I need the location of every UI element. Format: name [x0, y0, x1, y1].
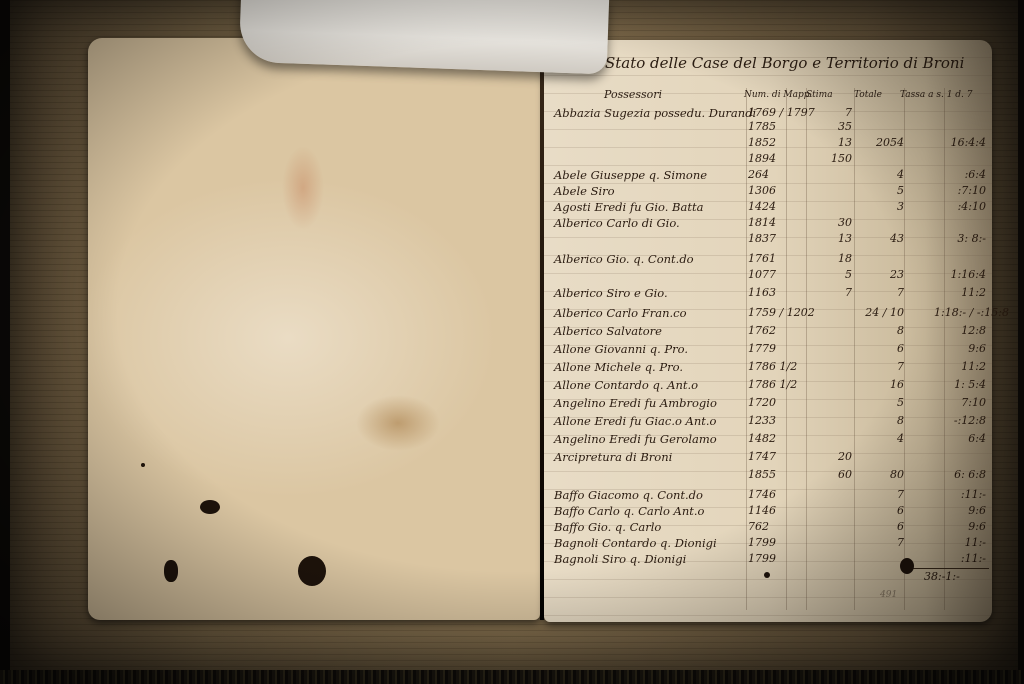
ledger-row: Allone Contardo q. Ant.o1786 1/2161: 5:4 — [544, 378, 992, 396]
ledger-page: 1794 Stato delle Case del Borgo e Territ… — [544, 40, 992, 622]
map-number: 1482 — [748, 432, 776, 445]
header-map-number: Num. di Mapp. — [744, 90, 812, 100]
map-number: 1746 — [748, 488, 776, 501]
ink-blot — [141, 463, 145, 467]
tax-value: :7:10 — [934, 184, 986, 197]
tax-value: :11:- — [934, 488, 986, 501]
owner-name: Alberico Gio. q. Cont.do — [554, 252, 694, 266]
total-value: 7 — [854, 488, 904, 501]
map-number: 1146 — [748, 504, 776, 517]
total-value: 6 — [854, 342, 904, 355]
estimate-value: 13 — [824, 232, 852, 245]
tax-value: 1:18:- / -:15:8 — [934, 306, 986, 319]
ledger-row: 185560806: 6:8 — [544, 468, 992, 486]
total-value: 80 — [854, 468, 904, 481]
ledger-row: Angelino Eredi fu Gerolamo148246:4 — [544, 432, 992, 450]
sum-rule — [904, 568, 989, 569]
owner-name: Angelino Eredi fu Gerolamo — [554, 432, 717, 446]
photo-scene: 1794 Stato delle Case del Borgo e Territ… — [0, 0, 1024, 684]
ledger-row: Arcipretura di Broni174720 — [544, 450, 992, 468]
owner-name: Alberico Carlo Fran.co — [554, 306, 687, 320]
estimate-value: 60 — [824, 468, 852, 481]
tax-value: 16:4:4 — [934, 136, 986, 149]
ink-blot — [200, 500, 220, 514]
tax-value: :4:10 — [934, 200, 986, 213]
tax-value: 9:6 — [934, 342, 986, 355]
total-value: 16 — [854, 378, 904, 391]
map-number: 1163 — [748, 286, 776, 299]
map-number: 1785 — [748, 120, 776, 133]
owner-name: Alberico Salvatore — [554, 324, 662, 338]
map-number: 762 — [748, 520, 769, 533]
map-number: 1799 — [748, 536, 776, 549]
tax-value: 1:16:4 — [934, 268, 986, 281]
map-number: 1814 — [748, 216, 776, 229]
map-number: 1769 / 1797 — [748, 106, 815, 119]
estimate-value: 150 — [824, 152, 852, 165]
ledger-row: 183713433: 8:- — [544, 232, 992, 250]
owner-name: Agosti Eredi fu Gio. Batta — [554, 200, 703, 214]
tax-value: 11:2 — [934, 286, 986, 299]
tax-value: :11:- — [934, 552, 986, 565]
ink-blot — [164, 560, 178, 582]
map-number: 1779 — [748, 342, 776, 355]
tax-value: 6:4 — [934, 432, 986, 445]
ledger-row: Angelino Eredi fu Ambrogio172057:10 — [544, 396, 992, 414]
total-value: 6 — [854, 520, 904, 533]
header-estimate: Stima — [806, 90, 833, 100]
map-number: 264 — [748, 168, 769, 181]
map-number: 1233 — [748, 414, 776, 427]
map-number: 1762 — [748, 324, 776, 337]
owner-name: Allone Contardo q. Ant.o — [554, 378, 698, 392]
total-value: 7 — [854, 536, 904, 549]
map-number: 1759 / 1202 — [748, 306, 815, 319]
ledger-row: Alberico Carlo Fran.co1759 / 120224 / 10… — [544, 306, 992, 324]
total-value: 2054 — [854, 136, 904, 149]
owner-name: Abbazia Sugezia possedu. Durandi — [554, 106, 756, 120]
owner-name: Baffo Gio. q. Carlo — [554, 520, 661, 534]
estimate-value: 5 — [824, 268, 852, 281]
page-sum: 38:-1:- — [924, 570, 960, 583]
map-number: 1306 — [748, 184, 776, 197]
ledger-row: Allone Eredi fu Giac.o Ant.o12338-:12:8 — [544, 414, 992, 432]
total-value: 7 — [854, 360, 904, 373]
map-number: 1077 — [748, 268, 776, 281]
ledger-row: Alberico Salvatore1762812:8 — [544, 324, 992, 342]
estimate-value: 20 — [824, 450, 852, 463]
ledger-title: 1794 Stato delle Case del Borgo e Territ… — [562, 54, 964, 72]
total-value: 5 — [854, 396, 904, 409]
left-page-blank — [88, 38, 540, 620]
header-total: Totale — [854, 90, 882, 100]
map-number: 1799 — [748, 552, 776, 565]
total-value: 7 — [854, 286, 904, 299]
tax-value: 7:10 — [934, 396, 986, 409]
loose-paper-sheet — [239, 0, 609, 74]
total-value: 4 — [854, 432, 904, 445]
ink-blot — [764, 572, 770, 578]
estimate-value: 13 — [824, 136, 852, 149]
header-owners: Possessori — [604, 88, 662, 101]
map-number: 1761 — [748, 252, 776, 265]
ledger-row: 10775231:16:4 — [544, 268, 992, 286]
book-spine — [540, 40, 544, 620]
owner-name: Alberico Siro e Gio. — [554, 286, 668, 300]
map-number: 1747 — [748, 450, 776, 463]
ledger-row: Allone Michele q. Pro.1786 1/2711:2 — [544, 360, 992, 378]
estimate-value: 7 — [824, 106, 852, 119]
map-number: 1837 — [748, 232, 776, 245]
estimate-value: 18 — [824, 252, 852, 265]
owner-name: Allone Eredi fu Giac.o Ant.o — [554, 414, 716, 428]
owner-name: Allone Michele q. Pro. — [554, 360, 683, 374]
header-tax: Tassa a s. 1 d. 7 — [900, 90, 973, 100]
total-value: 4 — [854, 168, 904, 181]
total-value: 23 — [854, 268, 904, 281]
tax-value: -:12:8 — [934, 414, 986, 427]
tax-value: :6:4 — [934, 168, 986, 181]
owner-name: Alberico Carlo di Gio. — [554, 216, 680, 230]
tax-value: 1: 5:4 — [934, 378, 986, 391]
table-surface — [0, 670, 1024, 684]
total-value: 8 — [854, 324, 904, 337]
map-number: 1786 1/2 — [748, 378, 797, 391]
map-number: 1894 — [748, 152, 776, 165]
tax-value: 12:8 — [934, 324, 986, 337]
owner-name: Abele Giuseppe q. Simone — [554, 168, 707, 182]
estimate-value: 35 — [824, 120, 852, 133]
map-number: 1852 — [748, 136, 776, 149]
estimate-value: 7 — [824, 286, 852, 299]
owner-name: Baffo Giacomo q. Cont.do — [554, 488, 703, 502]
total-value: 43 — [854, 232, 904, 245]
map-number: 1855 — [748, 468, 776, 481]
pencil-folio-number: 491 — [880, 590, 897, 600]
title-text: Stato delle Case del Borgo e Territorio … — [605, 54, 964, 72]
total-value: 3 — [854, 200, 904, 213]
tax-value: 9:6 — [934, 504, 986, 517]
map-number: 1786 1/2 — [748, 360, 797, 373]
tax-value: 11:- — [934, 536, 986, 549]
ink-blot — [900, 558, 914, 574]
owner-name: Bagnoli Contardo q. Dionigi — [554, 536, 717, 550]
owner-name: Allone Giovanni q. Pro. — [554, 342, 688, 356]
owner-name: Baffo Carlo q. Carlo Ant.o — [554, 504, 704, 518]
total-value: 24 / 10 — [854, 306, 904, 319]
tax-value: 6: 6:8 — [934, 468, 986, 481]
owner-name: Abele Siro — [554, 184, 615, 198]
owner-name: Angelino Eredi fu Ambrogio — [554, 396, 717, 410]
owner-name: Arcipretura di Broni — [554, 450, 672, 464]
ink-blot — [298, 556, 326, 586]
total-value: 5 — [854, 184, 904, 197]
ledger-row: Allone Giovanni q. Pro.177969:6 — [544, 342, 992, 360]
map-number: 1720 — [748, 396, 776, 409]
tax-value: 9:6 — [934, 520, 986, 533]
total-value: 6 — [854, 504, 904, 517]
ledger-row: Alberico Siro e Gio.11637711:2 — [544, 286, 992, 304]
tax-value: 3: 8:- — [934, 232, 986, 245]
map-number: 1424 — [748, 200, 776, 213]
owner-name: Bagnoli Siro q. Dionigi — [554, 552, 686, 566]
total-value: 8 — [854, 414, 904, 427]
tax-value: 11:2 — [934, 360, 986, 373]
estimate-value: 30 — [824, 216, 852, 229]
